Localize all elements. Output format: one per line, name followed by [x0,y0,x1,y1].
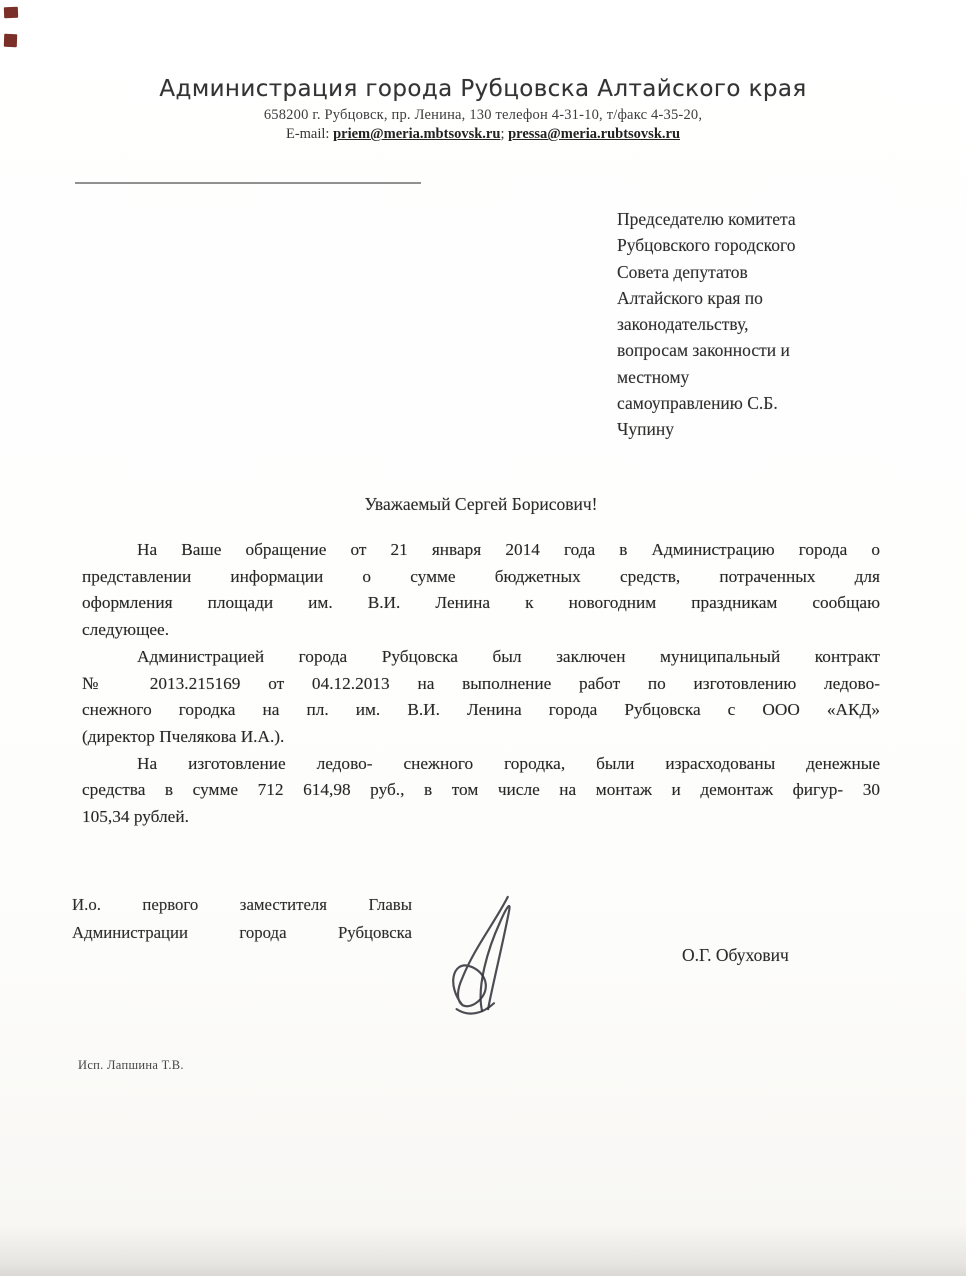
scan-artifact-mark [4,34,17,47]
signer-position-block: И.о. первого заместителя Главы Администр… [72,891,412,946]
body-line: представлении информации о сумме бюджетн… [82,564,880,591]
letterhead-address-line: 658200 г. Рубцовск, пр. Ленина, 130 теле… [0,107,966,124]
addressee-line: самоуправлению С.Б. [617,390,867,416]
signer-position-line: Администрации города Рубцовска [72,919,412,947]
letter-body: На Ваше обращение от 21 января 2014 года… [82,537,880,831]
blank-reference-line [75,182,421,184]
body-line: Администрацией города Рубцовска был закл… [82,644,880,671]
body-line: следующее. [82,617,880,644]
letterhead-email-line: E-mail: priem@meria.mbtsovsk.ru; pressa@… [0,126,966,143]
addressee-line: Чупину [617,416,867,442]
body-line: На изготовление ледово- снежного городка… [82,751,880,778]
body-line: средства в сумме 712 614,98 руб., в том … [82,777,880,804]
body-line: На Ваше обращение от 21 января 2014 года… [82,537,880,564]
signature-scribble [437,891,549,1019]
email-press: pressa@meria.rubtsovsk.ru [508,126,680,142]
signer-name: О.Г. Обухович [682,945,789,966]
addressee-line: Рубцовского городского [617,232,867,258]
addressee-line: Совета депутатов [617,259,867,285]
executor-note: Исп. Лапшина Т.В. [78,1058,184,1073]
addressee-line: законодательству, [617,311,867,337]
body-line: снежного городка на пл. им. В.И. Ленина … [82,697,880,724]
body-line: (директор Пчелякова И.А.). [82,724,880,751]
scanned-letter-page: Администрация города Рубцовска Алтайског… [0,0,966,1276]
addressee-line: местному [617,364,867,390]
body-line: оформления площади им. В.И. Ленина к нов… [82,590,880,617]
addressee-block: Председателю комитета Рубцовского городс… [617,206,867,443]
body-line: № 2013.215169 от 04.12.2013 на выполнени… [82,671,880,698]
organization-name: Администрация города Рубцовска Алтайског… [0,76,966,102]
addressee-line: Алтайского края по [617,285,867,311]
scan-artifact-mark [4,7,18,18]
addressee-line: вопросам законности и [617,337,867,363]
email-primary: priem@meria.mbtsovsk.ru [333,126,500,142]
signer-position-line: И.о. первого заместителя Главы [72,891,412,919]
addressee-line: Председателю комитета [617,206,867,232]
email-separator: ; [500,126,504,142]
body-line: 105,34 рублей. [82,804,880,831]
scan-shadow [0,1224,966,1276]
salutation: Уважаемый Сергей Борисович! [82,494,880,515]
email-label: E-mail: [286,126,330,142]
